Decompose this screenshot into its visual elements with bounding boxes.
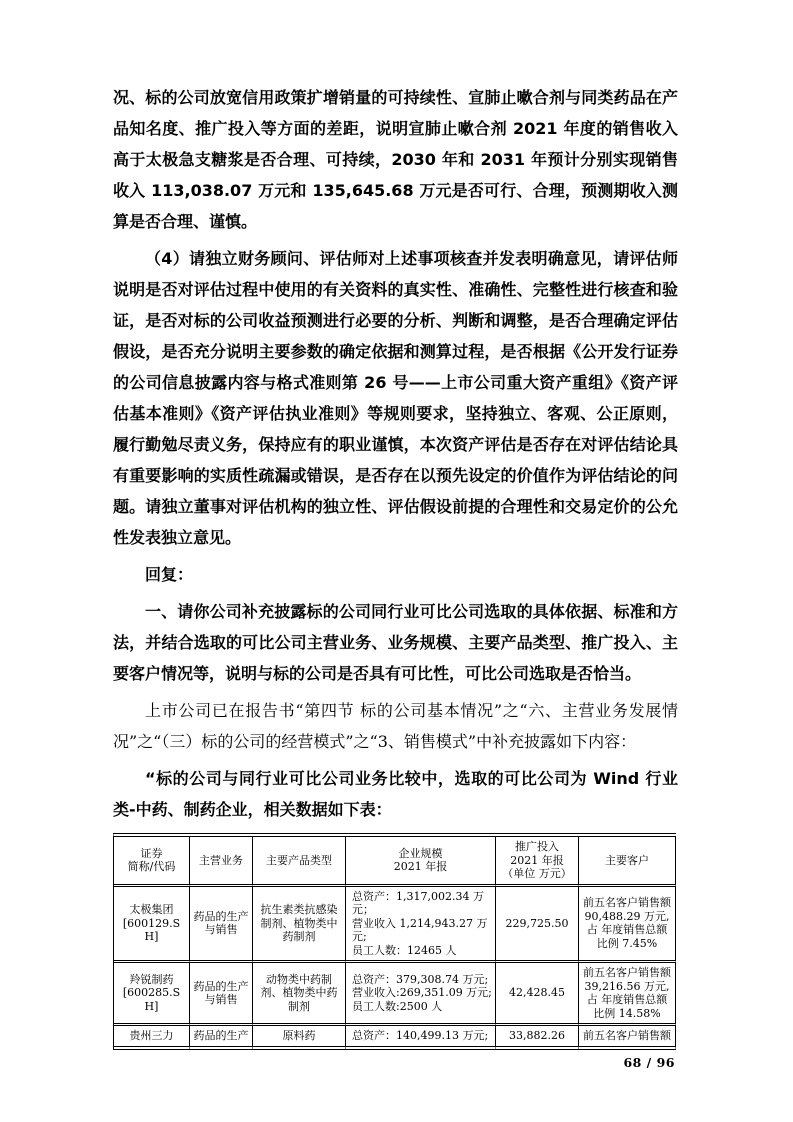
header-promotion-spend: 推广投入 2021 年报 （单位 万元） [496,837,579,887]
cell-business: 药品的生产与销售 [190,963,253,1026]
header-line: 证券 [117,847,186,861]
header-line: （单位 万元） [499,867,575,881]
scale-line: 员工人数:2500 人 [352,1000,492,1014]
page-number: 68 / 96 [113,1055,675,1070]
header-line: 推广投入 [499,840,575,854]
cell-products: 抗生素类抗感染制剂、植物类中药制剂 [253,887,346,964]
header-company-scale: 企业规模 2021 年报 [346,837,496,887]
reply-label: 回复： [113,559,678,590]
header-product-type: 主要产品类型 [253,837,346,887]
cell-scale: 总资产：1,317,002.34 万元； 营业收入 1,214,943.27 万… [346,887,496,964]
header-line: 主要客户 [582,854,672,868]
table-row-guizhou-sanli: 贵州三力 药品的生产 原料药 总资产：140,499.13 万元; 33,882… [114,1026,676,1050]
company-code: [600285.SH] [117,986,186,1013]
cell-customers: 前五名客户销售额 [579,1026,676,1050]
company-name: 太极集团 [117,903,186,917]
table-header-row: 证券 简称/代码 主营业务 主要产品类型 企业规模 2021 年报 推广投入 [114,837,676,887]
cell-security: 羚锐制药 [600285.SH] [114,963,190,1026]
scale-line: 总资产：379,308.74 万元; [352,973,492,987]
header-line: 企业规模 [349,847,492,861]
header-major-customers: 主要客户 [579,837,676,887]
header-line: 主要产品类型 [256,854,342,868]
comparable-companies-table: 证券 简称/代码 主营业务 主要产品类型 企业规模 2021 年报 推广投入 [113,833,676,1050]
cell-scale: 总资产：140,499.13 万元; [346,1026,496,1050]
document-content: 况、标的公司放宽信用政策扩增销量的可持续性、宣肺止嗽合剂与同类药品在产品知名度、… [113,82,678,1070]
scale-line: 总资产：1,317,002.34 万元； [352,890,492,917]
header-line: 简称/代码 [117,860,186,874]
cell-customers: 前五名客户销售额 90,488.29 万元,占 年度销售总额比例 7.45% [579,887,676,964]
cell-customers: 前五名客户销售额 39,216.56 万元,占 年度销售总额比例 14.58% [579,963,676,1026]
cell-security: 贵州三力 [114,1026,190,1050]
paragraph-item-4: （4）请独立财务顾问、评估师对上述事项核查并发表明确意见，请评估师说明是否对评估… [113,243,678,553]
cell-products: 原料药 [253,1026,346,1050]
header-line: 2021 年报 [349,860,492,874]
table-row-lingrui: 羚锐制药 [600285.SH] 药品的生产与销售 动物类中药制剂、植物类中药制… [114,963,676,1026]
header-main-business: 主营业务 [190,837,253,887]
cell-promotion: 229,725.50 [496,887,579,964]
cell-promotion: 33,882.26 [496,1026,579,1050]
cell-promotion: 42,428.45 [496,963,579,1026]
header-security-name-code: 证券 简称/代码 [114,837,190,887]
paragraph-continuation: 况、标的公司放宽信用政策扩增销量的可持续性、宣肺止嗽合剂与同类药品在产品知名度、… [113,82,678,237]
cell-security: 太极集团 [600129.SH] [114,887,190,964]
cell-business: 药品的生产与销售 [190,887,253,964]
header-line: 主营业务 [193,854,249,868]
scale-line: 总资产：140,499.13 万元; [352,1029,492,1043]
company-name: 贵州三力 [117,1029,186,1043]
company-name: 羚锐制药 [117,973,186,987]
paragraph-table-intro: “标的公司与同行业可比公司业务比较中，选取的可比公司为 Wind 行业类-中药、… [113,763,678,825]
company-code: [600129.SH] [117,917,186,944]
cell-products: 动物类中药制剂、植物类中药制剂 [253,963,346,1026]
paragraph-question-1: 一、请你公司补充披露标的公司同行业可比公司选取的具体依据、标准和方法，并结合选取… [113,596,678,689]
cell-scale: 总资产：379,308.74 万元; 营业收入:269,351.09 万元; 员… [346,963,496,1026]
document-page: 况、标的公司放宽信用政策扩增销量的可持续性、宣肺止嗽合剂与同类药品在产品知名度、… [0,0,793,1122]
cell-business: 药品的生产 [190,1026,253,1050]
scale-line: 营业收入:269,351.09 万元; [352,986,492,1000]
scale-line: 员工人数：12465 人 [352,944,492,958]
table-row-taiji: 太极集团 [600129.SH] 药品的生产与销售 抗生素类抗感染制剂、植物类中… [114,887,676,964]
paragraph-disclosure-location: 上市公司已在报告书“第四节 标的公司基本情况”之“六、主营业务发展情况”之“（三… [113,695,678,757]
header-line: 2021 年报 [499,854,575,868]
scale-line: 营业收入 1,214,943.27 万元; [352,917,492,944]
